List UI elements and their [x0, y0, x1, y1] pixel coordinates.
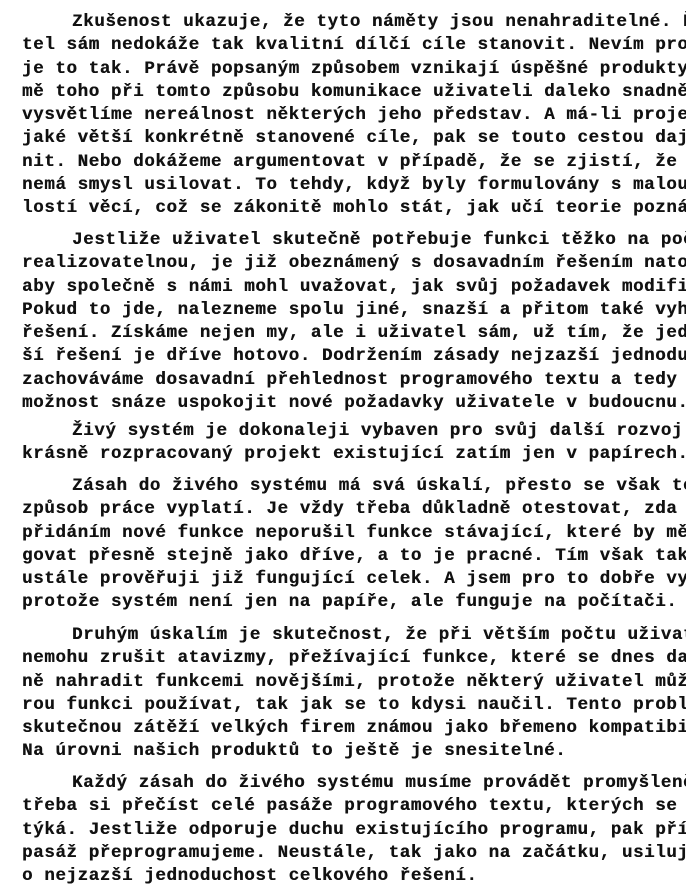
text-line: Zkušenost ukazuje, že tyto náměty jsou n…: [22, 11, 686, 34]
text-line: Jestliže uživatel skutečně potřebuje fun…: [22, 229, 686, 252]
text-line: vysvětlíme nereálnost některých jeho pře…: [22, 104, 686, 127]
text-line: krásně rozpracovaný projekt existující z…: [22, 443, 686, 466]
paragraph-compatibility: Druhým úskalím je skutečnost, že při vět…: [22, 624, 686, 764]
text-line: jaké větší konkrétně stanovené cíle, pak…: [22, 127, 686, 150]
text-line: pasáž přeprogramujeme. Neustále, tak jak…: [22, 842, 686, 865]
paragraph-user-needs: Jestliže uživatel skutečně potřebuje fun…: [22, 229, 686, 415]
text-line: Pokud to jde, nalezneme spolu jiné, snaz…: [22, 299, 686, 322]
text-line: mě toho při tomto způsobu komunikace uži…: [22, 81, 686, 104]
text-line: Druhým úskalím je skutečnost, že při vět…: [22, 624, 686, 647]
paragraph-careful-changes: Každý zásah do živého systému musíme pro…: [22, 772, 686, 888]
text-line: rou funkci používat, tak jak se to kdysi…: [22, 694, 686, 717]
text-line: o nejzazší jednoduchost celkového řešení…: [22, 865, 686, 888]
text-line: govat přesně stejně jako dříve, a to je …: [22, 545, 686, 568]
paragraph-living-system: Živý systém je dokonaleji vybaven pro sv…: [22, 420, 686, 467]
text-line: týká. Jestliže odporuje duchu existující…: [22, 819, 686, 842]
text-line: skutečnou zátěží velkých firem známou ja…: [22, 717, 686, 740]
text-line: ustále prověřuji již fungující celek. A …: [22, 568, 686, 591]
text-line: Každý zásah do živého systému musíme pro…: [22, 772, 686, 795]
text-line: aby společně s námi mohl uvažovat, jak s…: [22, 276, 686, 299]
text-line: nemá smysl usilovat. To tehdy, když byly…: [22, 174, 686, 197]
text-line: zachováváme dosavadní přehlednost progra…: [22, 369, 686, 392]
text-line: možnost snáze uspokojit nové požadavky u…: [22, 392, 686, 415]
text-line: je to tak. Právě popsaným způsobem vznik…: [22, 58, 686, 81]
text-line: realizovatelnou, je již obeznámený s dos…: [22, 252, 686, 275]
text-line: ně nahradit funkcemi novějšími, protože …: [22, 671, 686, 694]
paragraph-experience: Zkušenost ukazuje, že tyto náměty jsou n…: [22, 11, 686, 221]
paragraph-intervention-risks: Zásah do živého systému má svá úskalí, p…: [22, 475, 686, 615]
text-line: ší řešení je dříve hotovo. Dodržením zás…: [22, 345, 686, 368]
text-line: nemohu zrušit atavizmy, přežívající funk…: [22, 647, 686, 670]
text-line: řešení. Získáme nejen my, ale i uživatel…: [22, 322, 686, 345]
text-line: Zásah do živého systému má svá úskalí, p…: [22, 475, 686, 498]
text-line: protože systém není jen na papíře, ale f…: [22, 591, 686, 614]
text-line: třeba si přečíst celé pasáže programovéh…: [22, 795, 686, 818]
text-line: lostí věcí, což se zákonitě mohlo stát, …: [22, 197, 686, 220]
text-line: Živý systém je dokonaleji vybaven pro sv…: [22, 420, 686, 443]
text-line: nit. Nebo dokážeme argumentovat v případ…: [22, 151, 686, 174]
text-line: tel sám nedokáže tak kvalitní dílčí cíle…: [22, 34, 686, 57]
text-line: způsob práce vyplatí. Je vždy třeba důkl…: [22, 498, 686, 521]
text-line: Na úrovni našich produktů to ještě je sn…: [22, 740, 686, 763]
typewritten-page: Zkušenost ukazuje, že tyto náměty jsou n…: [0, 0, 686, 896]
text-line: přidáním nové funkce neporušil funkce st…: [22, 522, 686, 545]
